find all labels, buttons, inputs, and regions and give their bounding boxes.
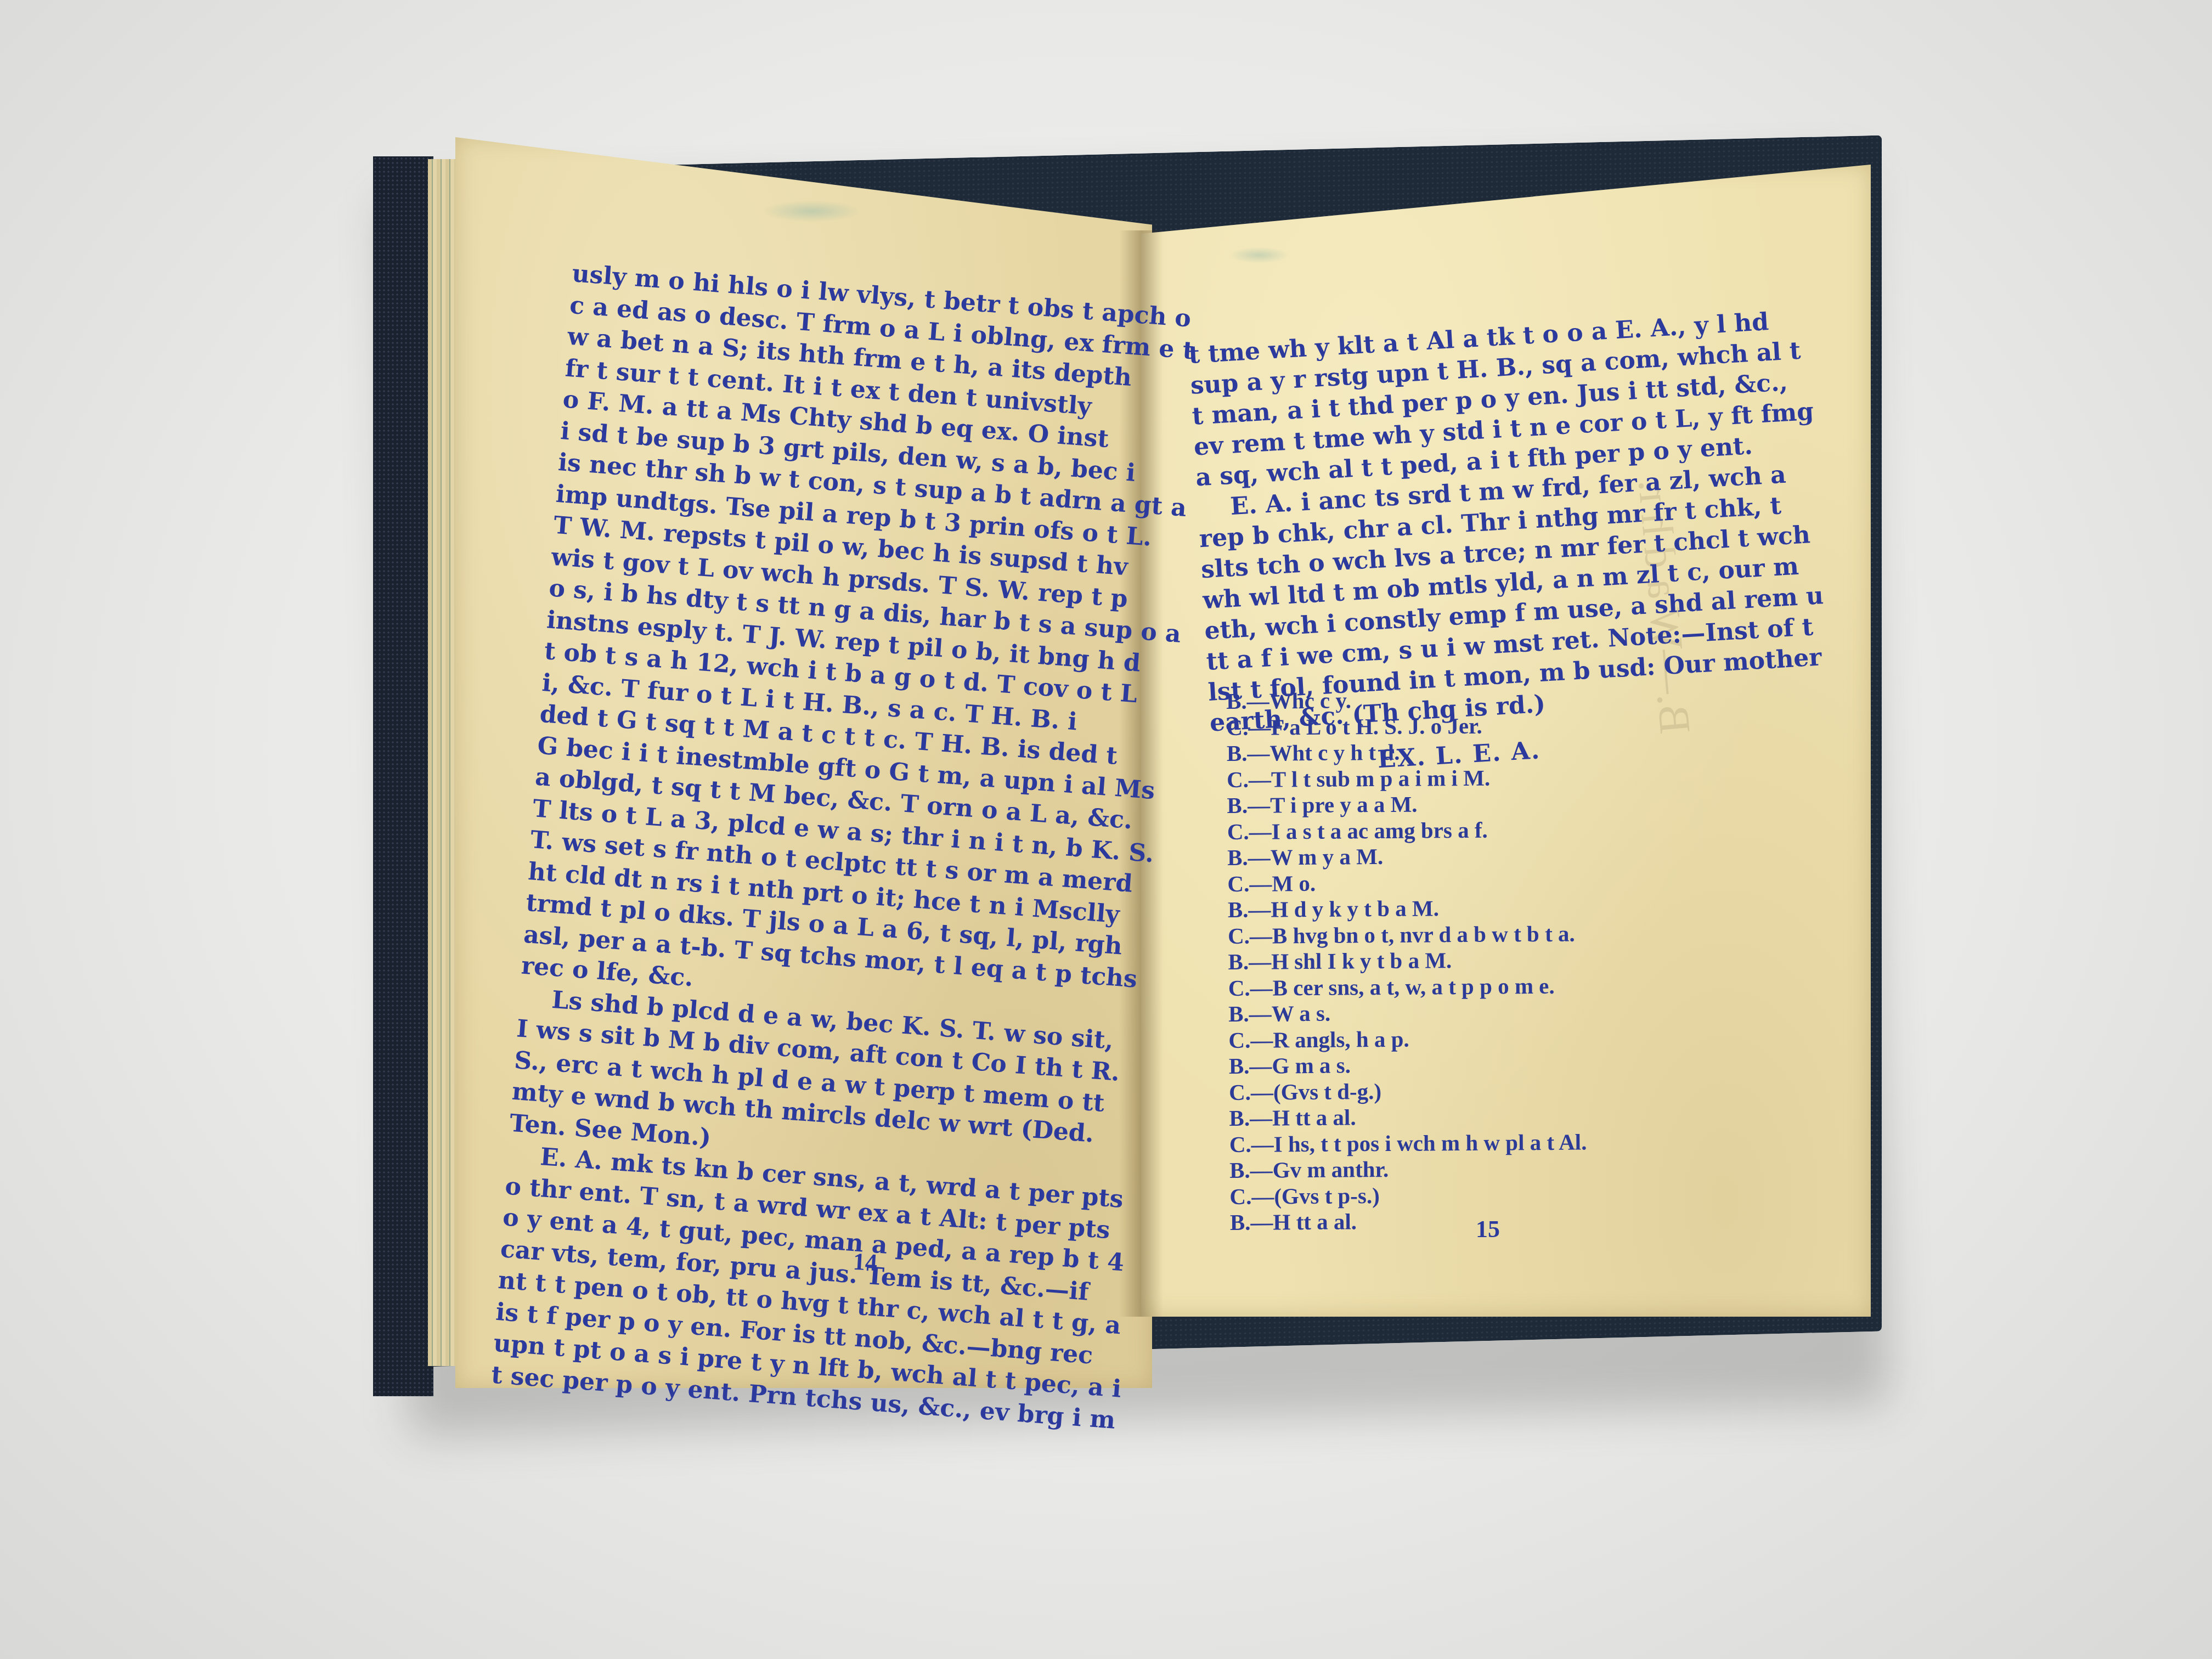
book-spine <box>373 156 433 1396</box>
photo-scene: B.—W a d h r. usly m o hi hls o i lw vly… <box>0 0 2212 1659</box>
text-line: B.—H tt a al. <box>1229 1103 1587 1131</box>
text-line: B.—Wht c y h t d. <box>1227 738 1584 766</box>
text-line: B.—H shl I k y t b a M. <box>1228 946 1585 975</box>
text-line: C.—B cer sns, a t, w, a t p p o m e. <box>1228 973 1586 1001</box>
left-page-number: 14 <box>853 1248 878 1277</box>
left-page-text: usly m o hi hls o i lw vlys, t betr t ob… <box>490 258 1205 1437</box>
paper-stain <box>763 200 861 222</box>
text-line: B.—H d y k y t b a M. <box>1228 894 1585 923</box>
text-line: C.—(Gvs t p-s.) <box>1229 1181 1587 1210</box>
paper-stain <box>1229 247 1289 263</box>
text-line: C.—T l t sub m p a i m i M. <box>1227 764 1584 793</box>
text-line: B.—H tt a al. <box>1230 1207 1588 1235</box>
text-line: C.—R angls, h a p. <box>1228 1025 1586 1053</box>
text-line: B.—Whc c y. <box>1226 686 1584 714</box>
text-line: C.—I hs, t t pos i wch m h w pl a t Al. <box>1229 1129 1587 1158</box>
text-line: C.—I a s t a ac amg brs a f. <box>1227 816 1585 845</box>
text-line: B.—Gv m anthr. <box>1229 1155 1587 1183</box>
text-line: C.—M o. <box>1227 868 1585 897</box>
text-line: C.—(Gvs t d-g.) <box>1229 1077 1587 1105</box>
right-page-number: 15 <box>1476 1215 1500 1243</box>
text-line: B.—G m a s. <box>1229 1051 1587 1079</box>
text-line: B.—T i pre y a a M. <box>1227 790 1584 819</box>
text-line: C.—F a L o t H. S. J. o Jer. <box>1226 712 1584 741</box>
catechism-dialogue: B.—Whc c y.C.—F a L o t H. S. J. o Jer.B… <box>1226 686 1587 1235</box>
text-line: B.—W m y a M. <box>1227 842 1585 871</box>
text-line: B.—W a s. <box>1228 998 1586 1027</box>
text-line: C.—B hvg bn o t, nvr d a b w t b t a. <box>1228 921 1585 949</box>
